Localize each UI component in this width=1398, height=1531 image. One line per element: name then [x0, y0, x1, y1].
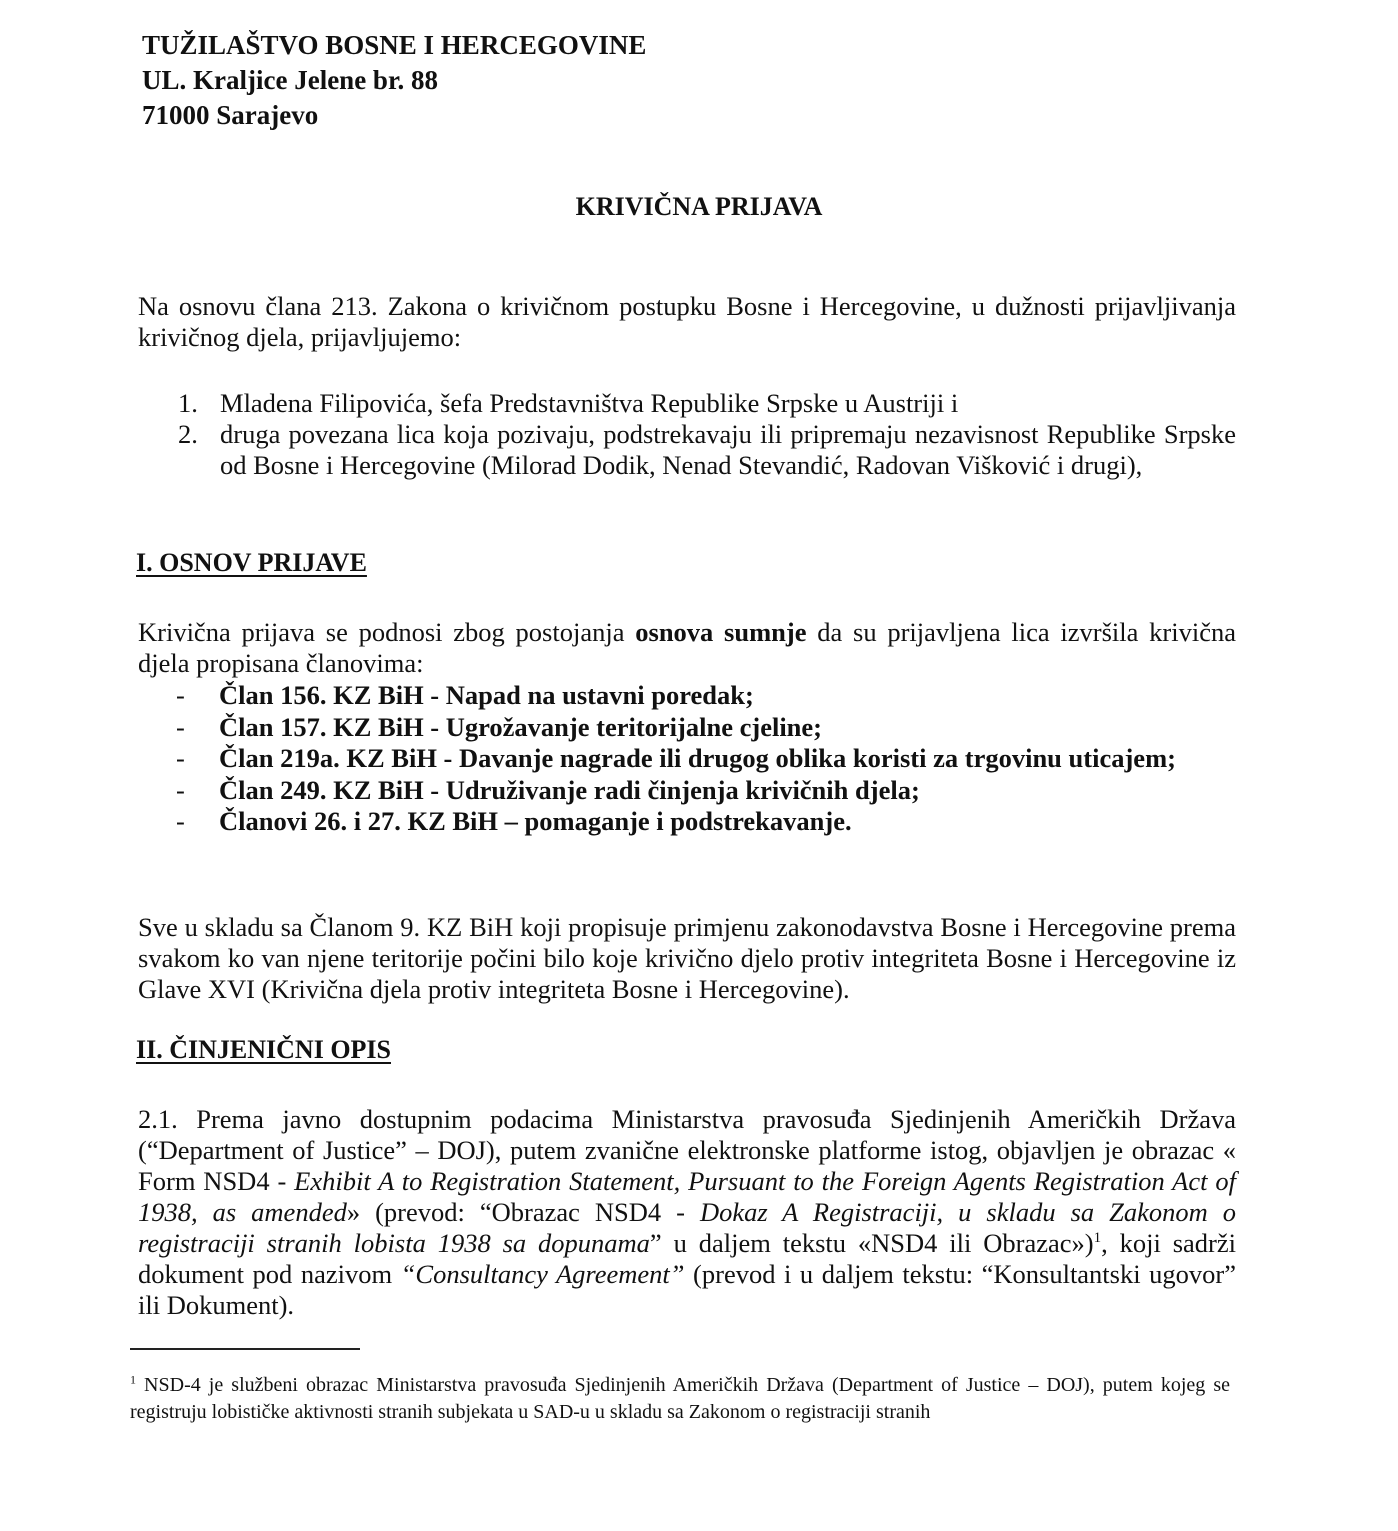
- basis-paragraph: Krivična prijava se podnosi zbog postoja…: [138, 617, 1236, 679]
- accused-item: 1. Mladena Filipovića, šefa Predstavništ…: [178, 388, 1236, 419]
- document-page: TUŽILAŠTVO BOSNE I HERCEGOVINE UL. Kralj…: [0, 0, 1398, 1531]
- p21-text-b: » (prevod: “Obrazac NSD4 -: [347, 1197, 700, 1227]
- document-title: KRIVIČNA PRIJAVA: [0, 192, 1398, 222]
- bullet-dash: -: [176, 806, 185, 838]
- article-text: Član 249. KZ BiH - Udruživanje radi činj…: [219, 775, 920, 805]
- list-number: 1.: [178, 388, 198, 419]
- paragraph-2-1: 2.1. Prema javno dostupnim podacima Mini…: [138, 1104, 1236, 1321]
- addressee-block: TUŽILAŠTVO BOSNE I HERCEGOVINE UL. Kralj…: [142, 28, 646, 133]
- closing-paragraph: Sve u skladu sa Članom 9. KZ BiH koji pr…: [138, 912, 1236, 1005]
- footnote-text: NSD-4 je službeni obrazac Ministarstva p…: [130, 1374, 1230, 1423]
- bullet-dash: -: [176, 680, 185, 712]
- addressee-name: TUŽILAŠTVO BOSNE I HERCEGOVINE: [142, 28, 646, 63]
- section-heading-cinjenicni-opis: II. ČINJENIČNI OPIS: [136, 1035, 391, 1065]
- addressee-street: UL. Kraljice Jelene br. 88: [142, 63, 646, 98]
- article-item: -Član 157. KZ BiH - Ugrožavanje teritori…: [176, 712, 1234, 744]
- article-text: Član 156. KZ BiH - Napad na ustavni pore…: [219, 680, 754, 710]
- footnote-separator: [130, 1348, 360, 1350]
- basis-text: Krivična prijava se podnosi zbog postoja…: [138, 617, 635, 647]
- list-number: 2.: [178, 419, 198, 450]
- footnote: 1 NSD-4 je službeni obrazac Ministarstva…: [130, 1372, 1230, 1426]
- article-item: -Član 156. KZ BiH - Napad na ustavni por…: [176, 680, 1234, 712]
- article-item: -Član 249. KZ BiH - Udruživanje radi čin…: [176, 775, 1234, 807]
- p21-italic-agreement: “Consultancy Agreement”: [401, 1259, 685, 1289]
- accused-list: 1. Mladena Filipovića, šefa Predstavništ…: [178, 388, 1236, 481]
- footnote-ref[interactable]: 1: [1094, 1230, 1102, 1246]
- article-item: -Članovi 26. i 27. KZ BiH – pomaganje i …: [176, 806, 1234, 838]
- bullet-dash: -: [176, 743, 185, 775]
- section-heading-osnov-prijave: I. OSNOV PRIJAVE: [136, 548, 367, 578]
- basis-emphasis: osnova sumnje: [635, 617, 806, 647]
- article-item: -Član 219a. KZ BiH - Davanje nagrade ili…: [176, 743, 1234, 775]
- intro-paragraph: Na osnovu člana 213. Zakona o krivičnom …: [138, 291, 1236, 353]
- bullet-dash: -: [176, 775, 185, 807]
- article-text: Član 219a. KZ BiH - Davanje nagrade ili …: [219, 743, 1176, 773]
- p21-text-c: ” u daljem tekstu «NSD4 ili Obrazac»): [650, 1228, 1094, 1258]
- accused-text: Mladena Filipovića, šefa Predstavništva …: [220, 388, 958, 418]
- article-text: Članovi 26. i 27. KZ BiH – pomaganje i p…: [219, 806, 852, 836]
- accused-item: 2. druga povezana lica koja pozivaju, po…: [178, 419, 1236, 481]
- article-text: Član 157. KZ BiH - Ugrožavanje teritorij…: [219, 712, 822, 742]
- addressee-city: 71000 Sarajevo: [142, 98, 646, 133]
- bullet-dash: -: [176, 712, 185, 744]
- articles-list: -Član 156. KZ BiH - Napad na ustavni por…: [176, 680, 1234, 838]
- accused-text: druga povezana lica koja pozivaju, podst…: [220, 419, 1236, 480]
